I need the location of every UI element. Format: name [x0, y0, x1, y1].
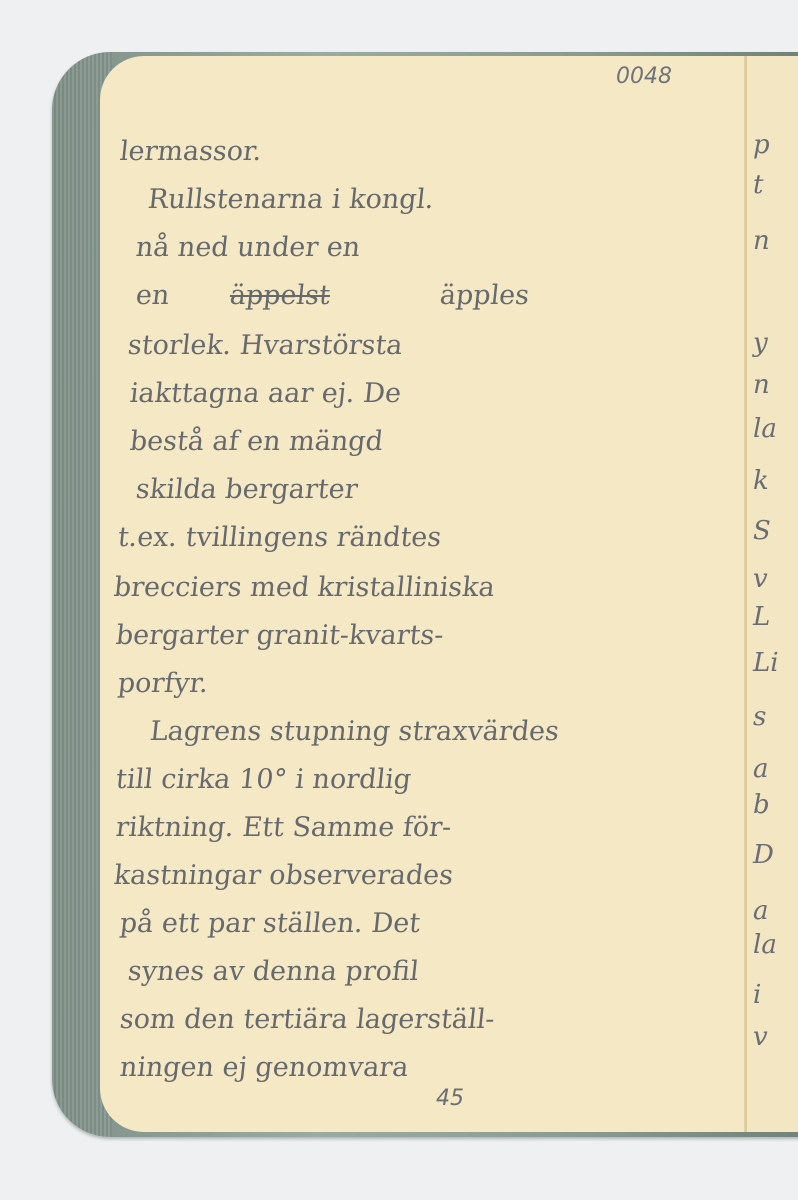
- archive-number: 0048: [616, 64, 672, 89]
- left-notebook-page: 0048 lermassor.Rullstenarna i kongl.nå n…: [100, 56, 746, 1132]
- handwritten-fragment: t: [753, 170, 763, 200]
- handwritten-line: ningen ej genomvara: [118, 1052, 410, 1083]
- handwritten-fragment: S: [753, 516, 771, 546]
- handwritten-line: lermassor.: [118, 136, 263, 167]
- handwritten-line: en: [134, 280, 171, 311]
- handwritten-line: Lagrens stupning straxvärdes: [148, 716, 560, 747]
- handwritten-fragment: D: [753, 840, 774, 870]
- handwritten-line: porfyr.: [116, 668, 209, 699]
- handwritten-fragment: k: [753, 466, 769, 496]
- handwritten-line: iakttagna aar ej. De: [128, 378, 402, 409]
- handwritten-line: riktning. Ett Samme för-: [114, 812, 453, 843]
- right-notebook-page-partial: ptnynlakSvLLisabDalaiv: [747, 56, 798, 1132]
- handwritten-fragment: s: [753, 702, 766, 732]
- handwritten-fragment: p: [753, 130, 770, 160]
- handwritten-fragment: n: [753, 226, 770, 256]
- handwritten-fragment: i: [753, 980, 761, 1010]
- handwritten-line: på ett par ställen. Det: [118, 908, 421, 939]
- handwritten-fragment: la: [753, 414, 777, 444]
- handwritten-line: t.ex. tvillingens rändtes: [116, 522, 443, 553]
- handwritten-fragment: b: [753, 790, 770, 820]
- handwritten-line: storlek. Hvarstörsta: [126, 330, 404, 361]
- handwritten-line: äppelst: [228, 280, 331, 311]
- handwritten-fragment: v: [753, 1022, 768, 1052]
- handwritten-fragment: L: [753, 602, 770, 632]
- page-number: 45: [436, 1086, 464, 1111]
- handwritten-line: nå ned under en: [134, 232, 361, 263]
- handwritten-fragment: Li: [753, 648, 779, 678]
- handwritten-line: bestå af en mängd: [128, 426, 384, 457]
- handwritten-line: som den tertiära lagerställ-: [118, 1004, 496, 1035]
- ruled-lines: [747, 56, 798, 1132]
- handwritten-fragment: n: [753, 370, 770, 400]
- handwritten-line: synes av denna profil: [126, 956, 420, 987]
- handwritten-fragment: y: [753, 328, 768, 358]
- handwritten-fragment: a: [753, 754, 769, 784]
- handwritten-line: till cirka 10° i nordlig: [114, 764, 412, 795]
- handwritten-line: Rullstenarna i kongl.: [146, 184, 435, 215]
- handwritten-fragment: v: [753, 564, 768, 594]
- handwritten-line: äpples: [438, 280, 530, 311]
- handwritten-fragment: la: [753, 930, 777, 960]
- handwritten-line: bergarter granit-kvarts-: [114, 620, 445, 651]
- handwritten-line: kastningar observerades: [112, 860, 454, 891]
- handwritten-fragment: a: [753, 896, 769, 926]
- handwritten-line: skilda bergarter: [134, 474, 359, 505]
- handwritten-line: brecciers med kristalliniska: [112, 572, 496, 603]
